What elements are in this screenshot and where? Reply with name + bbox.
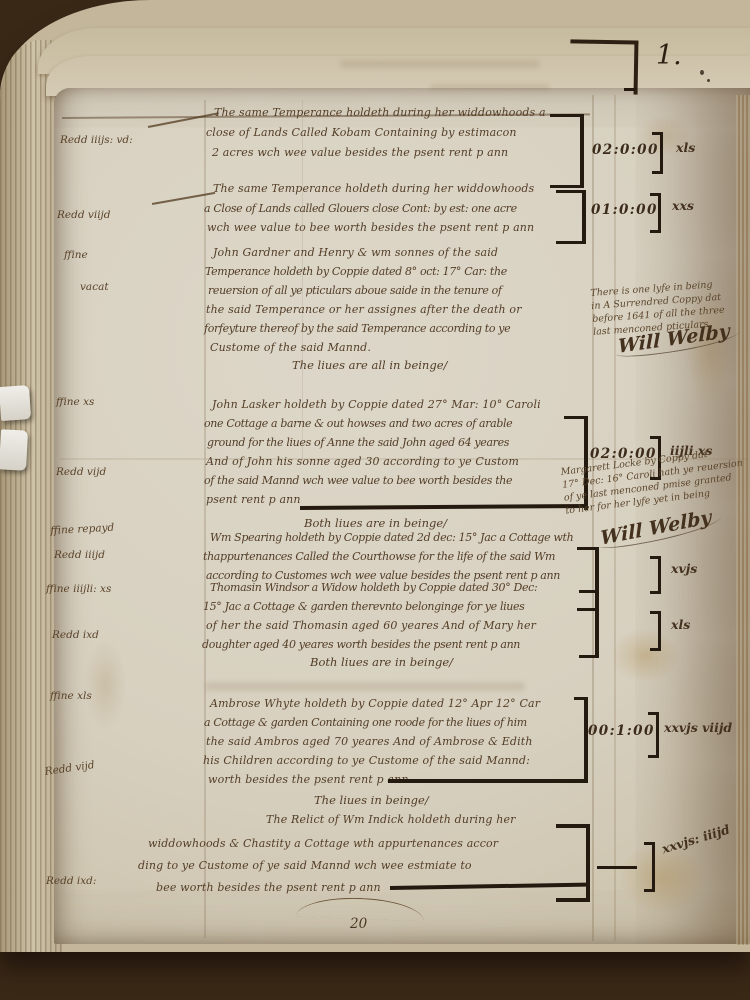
entry-8-line: bee worth besides the psent rent p ann [156,881,381,894]
ink-bracket [556,824,590,902]
ink-dot [700,70,704,75]
entry-4-closing: Both liues are in beinge/ [304,516,447,530]
entry-3-vacat-margin: vacat [80,281,109,293]
ink-bracket [644,842,655,892]
ink-bracket [652,132,663,174]
ink-bracket [650,556,661,594]
entry-2-value-note: xxs [672,198,694,213]
entry-3-line: John Gardner and Henry & wm sonnes of th… [213,246,498,259]
entry-1-amount: 02:0:00 [592,142,659,158]
entry-4-line: psent rent p ann [206,493,301,506]
entry-8-line: widdowhoods & Chastity a Cottage wth app… [148,837,498,850]
entry-6-closing: Both liues are in beinge/ [310,655,453,669]
corner-bracket-foot [624,88,636,91]
ink-bracket [650,193,661,233]
entry-6-fine-margin: ffine iiijli: xs [46,583,111,595]
entry-1-value-note: xls [676,140,695,155]
entry-4-line: of the said Mannd wch wee value to bee w… [204,474,512,487]
entry-1-line: The same Temperance holdeth during her w… [214,106,546,119]
fore-edge-pages [736,95,750,945]
entry-5-rent-margin: Redd iiijd [54,549,105,561]
entry-7-line: his Children according to ye Custome of … [203,754,530,767]
page-stack-edge [0,40,62,952]
entry-4-line: one Cottage a barne & out howses and two… [204,417,512,430]
cloth-tie [0,429,28,470]
manuscript-photo: 1. Redd iiijs: vd: The same Temperance h… [0,0,750,1000]
entry-6-value-note: xls [671,617,690,632]
entry-3-line: forfeyture thereof by the said Temperanc… [204,322,510,335]
ink-bracket [650,611,661,651]
entry-3-line: Custome of the said Mannd. [210,341,371,354]
page-number: 20 [350,916,367,932]
entry-2-line: a Close of Lands called Glouers close Co… [204,202,517,215]
entry-5-line: Wm Spearing holdeth by Coppie dated 2d d… [210,531,573,544]
ink-bracket [550,114,584,188]
ink-bracket-foot [574,697,588,700]
entry-6-line: doughter aged 40 yeares worth besides th… [202,638,520,651]
entry-4-rent-margin: Redd vijd [56,466,106,478]
entry-6-line: of her the said Thomasin aged 60 yeares … [206,619,536,632]
entry-1-line: close of Lands Called Kobam Containing b… [206,126,517,139]
ink-bracket [556,190,586,244]
corner-bracket-mark [570,39,639,94]
entry-7-line: the said Ambros aged 70 yeares And of Am… [206,735,533,748]
entry-2-amount: 01:0:00 [591,202,658,218]
entry-7-closing: The liues in beinge/ [314,793,429,807]
entry-3-line: Temperance holdeth by Coppie dated 8° oc… [205,265,507,278]
entry-1-line: 2 acres wch wee value besides the psent … [212,146,508,159]
entry-1-rent-margin: Redd iiijs: vd: [60,134,133,146]
folio-number: 1. [656,40,682,71]
ink-bracket [579,590,599,658]
entry-7-amount: 00:1:00 [588,723,655,739]
entry-7-line: a Cottage & garden Containing one roode … [204,716,527,729]
entry-4-line: John Lasker holdeth by Coppie dated 27° … [212,398,541,411]
entry-3-line: reuersion of all ye pticulars aboue said… [208,284,502,297]
entry-8-line: ding to ye Custome of ye said Mannd wch … [138,859,472,872]
entry-2-rent-margin: Redd viijd [57,209,111,221]
entry-2-line: wch wee value to bee worth besides the p… [207,221,534,234]
entry-5-value-note: xvjs [671,561,697,576]
entry-6-line: Thomasin Windsor a Widow holdeth by Copp… [210,581,537,594]
entry-4-line: ground for the liues of Anne the said Jo… [207,436,509,449]
entry-7-value-note: xxvjs viijd [664,720,732,735]
ink-bracket-foot [564,416,586,419]
entry-5-line: thappurtenances Called the Courthowse fo… [203,550,555,563]
entry-4-line: And of John his sonne aged 30 according … [206,455,519,468]
entry-6-line: 15° Jac a Cottage & garden therevnto bel… [203,600,524,613]
cloth-tie [0,385,31,421]
entry-8-line: The Relict of Wm Indick holdeth during h… [266,813,516,826]
ink-dot [707,79,710,82]
entry-8-rent-margin: Redd ixd: [46,875,96,887]
entry-2-line: The same Temperance holdeth during her w… [213,182,534,195]
ink-underline [388,779,586,783]
entry-7-fine-margin: ffine xls [50,690,92,702]
ink-dash [597,866,637,869]
entry-3-line: the said Temperance or her assignes afte… [206,303,522,316]
entry-7-line: worth besides the psent rent p ann [208,773,409,786]
ink-bracket [584,699,588,783]
entry-4-fine-margin: ffine xs [56,396,94,408]
entry-3-fine-margin: ffine [64,249,88,261]
entry-6-rent-margin: Redd ixd [52,629,99,641]
ink-bracket [648,712,659,758]
entry-7-line: Ambrose Whyte holdeth by Coppie dated 12… [210,697,540,710]
entry-3-closing: The liues are all in beinge/ [292,358,447,372]
